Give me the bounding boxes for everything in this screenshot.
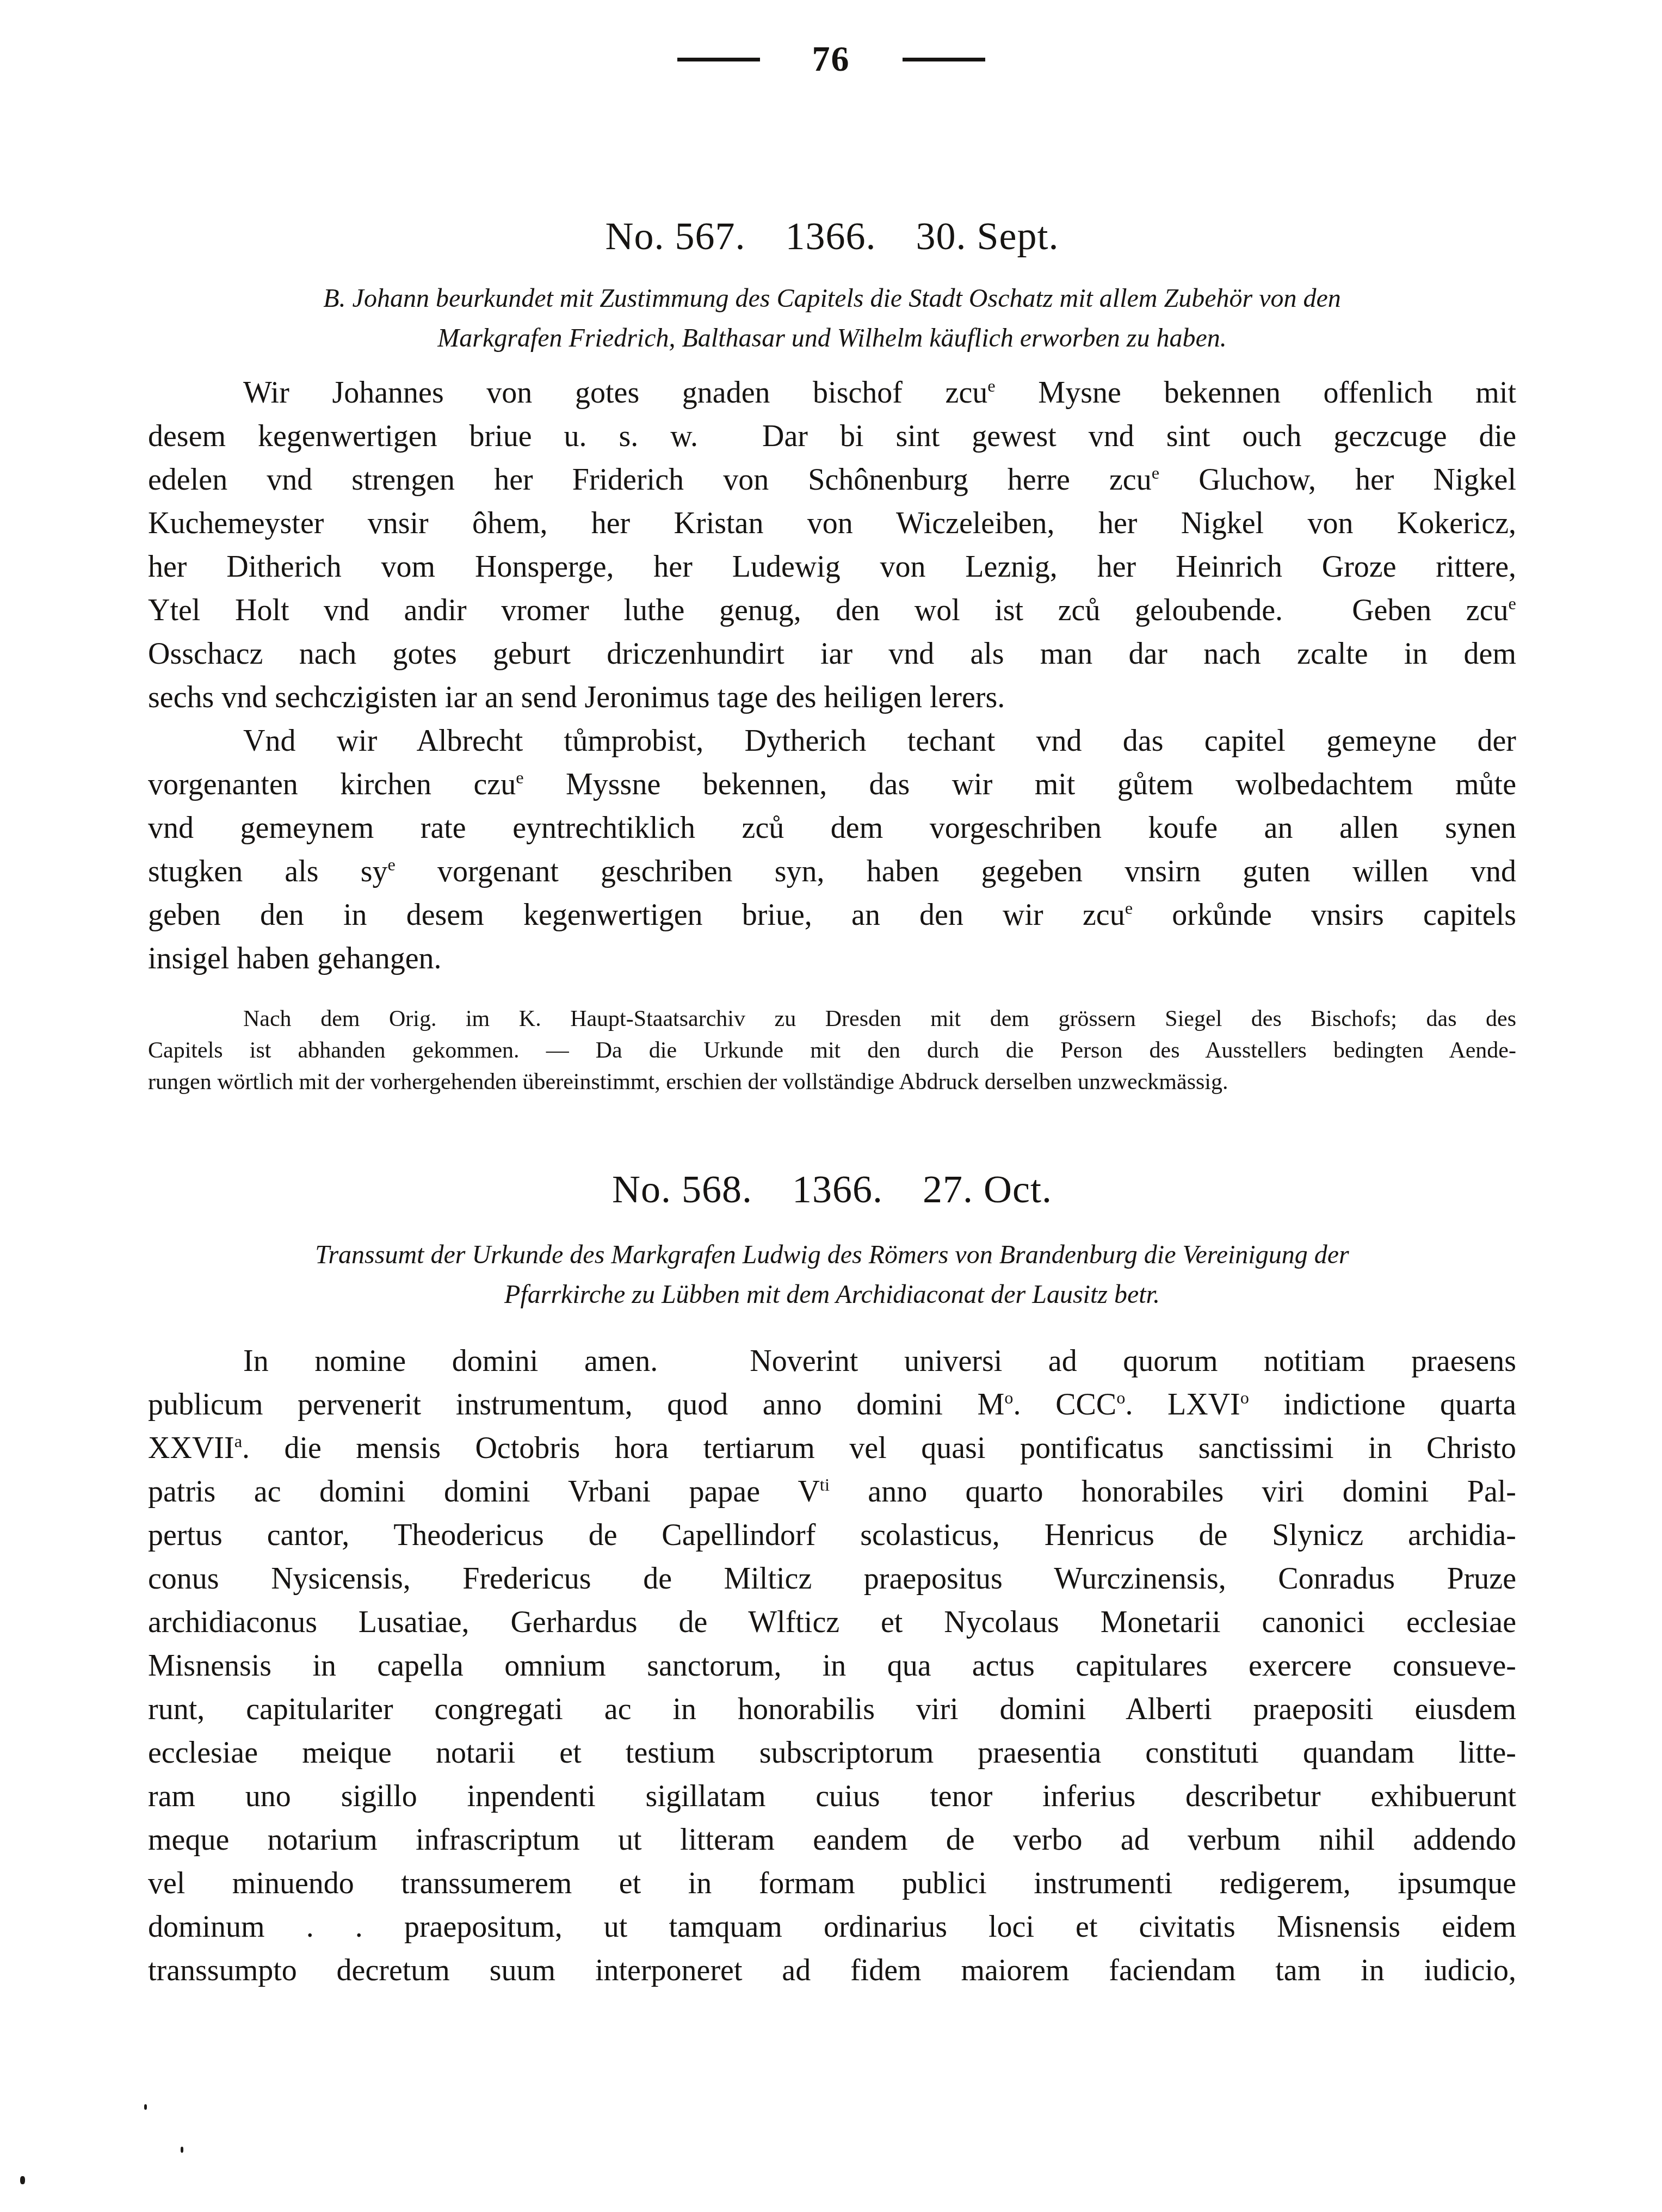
entry-body-paragraph: In nomine domini amen. Noverint universi… xyxy=(148,1339,1516,1992)
text-line: archidiaconus Lusatiae, Gerhardus de Wlf… xyxy=(148,1601,1516,1644)
ink-speck xyxy=(144,2104,147,2110)
text-block: No. 567. 1366. 30. Sept. B. Johann beurk… xyxy=(148,0,1516,1992)
text-line: ram uno sigillo inpendenti sigillatam cu… xyxy=(148,1775,1516,1818)
text-line: edelen vnd strengen her Friderich von Sc… xyxy=(148,458,1516,502)
text-line: rungen wörtlich mit der vorhergehenden ü… xyxy=(148,1066,1516,1098)
text-line: sechs vnd sechczigisten iar an send Jero… xyxy=(148,676,1516,719)
entry-summary-567: B. Johann beurkundet mit Zustimmung des … xyxy=(148,279,1516,358)
text-line: dominum . . praepositum, ut tamquam ordi… xyxy=(148,1905,1516,1949)
entry-body-paragraph: Wir Johannes von gotes gnaden bischof zc… xyxy=(148,371,1516,719)
text-line: patris ac domini domini Vrbani papae Vti… xyxy=(148,1470,1516,1513)
text-line: Vnd wir Albrecht tůmprobist, Dytherich t… xyxy=(148,719,1516,763)
text-line: B. Johann beurkundet mit Zustimmung des … xyxy=(148,279,1516,318)
text-line: meque notarium infrascriptum ut litteram… xyxy=(148,1818,1516,1862)
text-line: Osschacz nach gotes geburt driczenhundir… xyxy=(148,632,1516,676)
text-line: ecclesiae meique notarii et testium subs… xyxy=(148,1731,1516,1775)
text-line: runt, capitulariter congregati ac in hon… xyxy=(148,1688,1516,1731)
text-line: geben den in desem kegenwertigen briue, … xyxy=(148,893,1516,937)
text-line: vel minuendo transsumerem et in formam p… xyxy=(148,1862,1516,1905)
entry-summary-568: Transsumt der Urkunde des Markgrafen Lud… xyxy=(148,1235,1516,1314)
text-line: pertus cantor, Theodericus de Capellindo… xyxy=(148,1513,1516,1557)
text-line: Capitels ist abhanden gekommen. — Da die… xyxy=(148,1035,1516,1066)
text-line: vorgenanten kirchen czue Myssne bekennen… xyxy=(148,763,1516,806)
text-line: Pfarrkirche zu Lübben mit dem Archidiaco… xyxy=(148,1275,1516,1314)
entry-body-paragraph: Vnd wir Albrecht tůmprobist, Dytherich t… xyxy=(148,719,1516,980)
ink-speck xyxy=(20,2176,25,2184)
text-line: Misnensis in capella omnium sanctorum, i… xyxy=(148,1644,1516,1688)
text-line: transsumpto decretum suum interponeret a… xyxy=(148,1949,1516,1992)
text-line: vnd gemeynem rate eyntrechtiklich zců de… xyxy=(148,806,1516,850)
text-line: XXVIIa. die mensis Octobris hora tertiar… xyxy=(148,1426,1516,1470)
text-line: stugken als sye vorgenant geschriben syn… xyxy=(148,850,1516,893)
text-line: Ytel Holt vnd andir vromer luthe genug, … xyxy=(148,589,1516,632)
text-line: In nomine domini amen. Noverint universi… xyxy=(148,1339,1516,1383)
text-line: Nach dem Orig. im K. Haupt-Staatsarchiv … xyxy=(148,1003,1516,1035)
text-line: Transsumt der Urkunde des Markgrafen Lud… xyxy=(148,1235,1516,1275)
entry-heading-567: No. 567. 1366. 30. Sept. xyxy=(148,215,1516,257)
text-line: Wir Johannes von gotes gnaden bischof zc… xyxy=(148,371,1516,415)
source-note: Nach dem Orig. im K. Haupt-Staatsarchiv … xyxy=(148,1003,1516,1098)
scanned-book-page: 76 No. 567. 1366. 30. Sept. B. Johann be… xyxy=(0,0,1662,2212)
text-line: insigel haben gehangen. xyxy=(148,937,1516,980)
text-line: Kuchemeyster vnsir ôhem, her Kristan von… xyxy=(148,502,1516,545)
text-line: desem kegenwertigen briue u. s. w. Dar b… xyxy=(148,415,1516,458)
text-line: Markgrafen Friedrich, Balthasar und Wilh… xyxy=(148,318,1516,358)
entry-heading-568: No. 568. 1366. 27. Oct. xyxy=(148,1169,1516,1210)
ink-speck xyxy=(181,2147,183,2153)
text-line: publicum pervenerit instrumentum, quod a… xyxy=(148,1383,1516,1426)
text-line: her Ditherich vom Honsperge, her Ludewig… xyxy=(148,545,1516,589)
text-line: conus Nysicensis, Fredericus de Milticz … xyxy=(148,1557,1516,1601)
